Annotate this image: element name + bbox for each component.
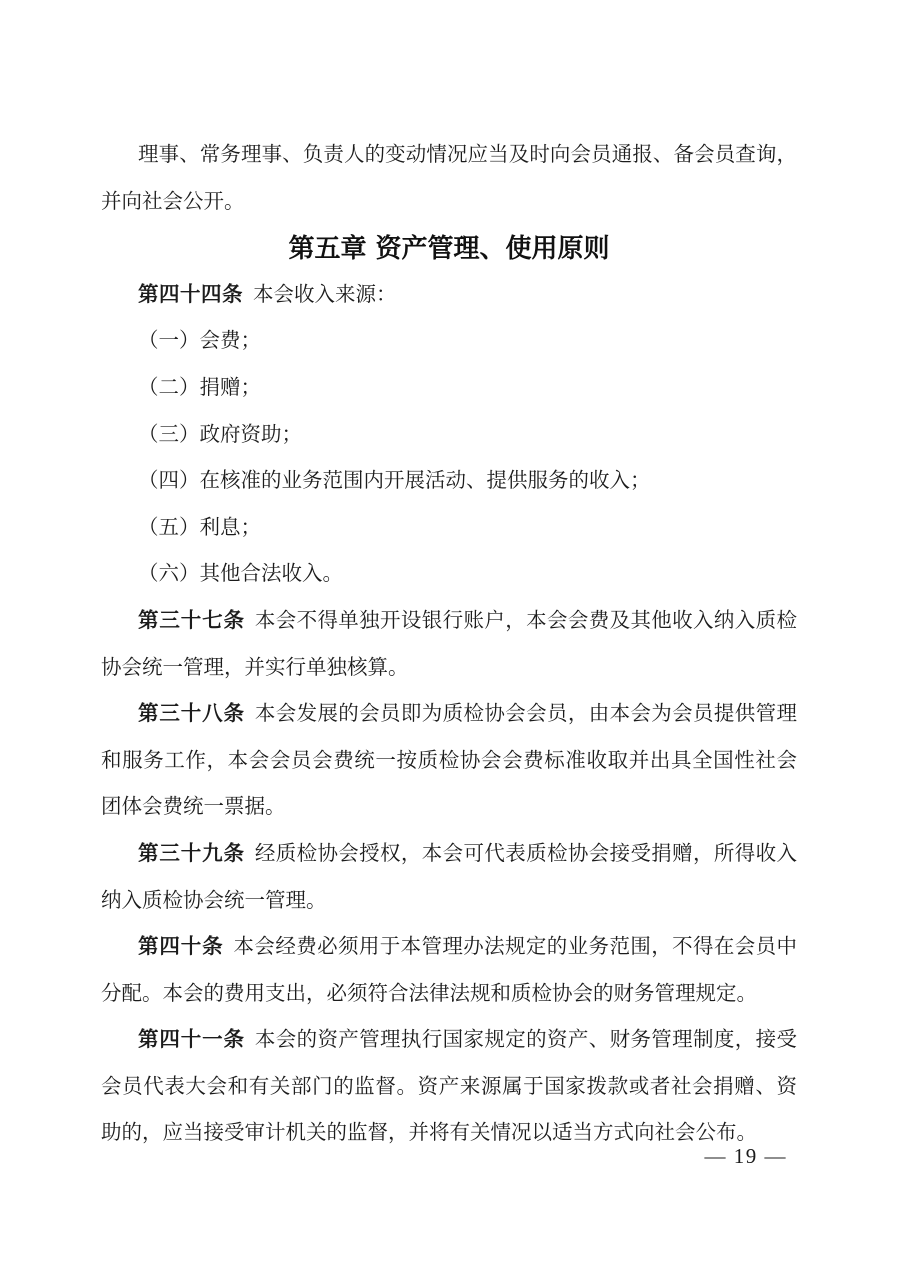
article-number-label: 第四十一条 [138, 1029, 245, 1051]
document-page: 理事、常务理事、负责人的变动情况应当及时向会员通报、备会员查询，并向社会公开。 … [0, 0, 900, 1273]
intro-paragraph: 理事、常务理事、负责人的变动情况应当及时向会员通报、备会员查询，并向社会公开。 [101, 132, 797, 225]
article-number-label: 第三十七条 [138, 610, 245, 632]
article-paragraph: 第三十七条本会不得单独开设银行账户，本会会费及其他收入纳入质检协会统一管理，并实… [101, 598, 797, 691]
income-item: （三）政府资助； [101, 412, 797, 459]
income-item: （五）利息； [101, 505, 797, 552]
article-paragraph: 第四十一条本会的资产管理执行国家规定的资产、财务管理制度，接受会员代表大会和有关… [101, 1017, 797, 1157]
income-item: （四）在核准的业务范围内开展活动、提供服务的收入； [101, 458, 797, 505]
article-paragraph: 第四十条本会经费必须用于本管理办法规定的业务范围，不得在会员中分配。本会的费用支… [101, 924, 797, 1017]
article-number-label: 第三十九条 [138, 843, 245, 865]
chapter-heading: 第五章资产管理、使用原则 [101, 225, 797, 272]
article-paragraph: 第三十八条本会发展的会员即为质检协会会员，由本会为会员提供管理和服务工作，本会会… [101, 691, 797, 831]
income-item: （二）捐赠； [101, 365, 797, 412]
article-text: 本会收入来源： [253, 284, 397, 306]
article-paragraph: 第四十四条本会收入来源： [101, 272, 797, 319]
income-item: （一）会费； [101, 318, 797, 365]
article-number-label: 第三十八条 [138, 703, 245, 725]
chapter-number: 第五章 [288, 233, 366, 263]
article-paragraph: 第三十九条经质检协会授权，本会可代表质检协会接受捐赠，所得收入纳入质检协会统一管… [101, 831, 797, 924]
page-number: — 19 — [705, 1144, 788, 1169]
article-number-label: 第四十条 [138, 936, 224, 958]
chapter-title: 资产管理、使用原则 [376, 233, 610, 263]
article-number-label: 第四十四条 [138, 284, 243, 306]
document-body: 理事、常务理事、负责人的变动情况应当及时向会员通报、备会员查询，并向社会公开。 … [101, 132, 797, 1157]
income-item: （六）其他合法收入。 [101, 551, 797, 598]
